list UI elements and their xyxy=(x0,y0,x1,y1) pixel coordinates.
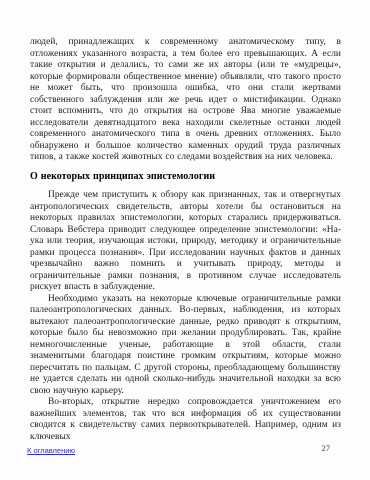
paragraph: Необходимо указать на некоторые ключевые… xyxy=(30,294,341,398)
section-heading: О некоторых принципах эпистемологии xyxy=(30,171,341,183)
table-of-contents-link[interactable]: К оглавлению xyxy=(27,446,75,455)
paragraph: Во-вторых, открытие нередко сопровождает… xyxy=(30,397,341,443)
paragraph: людей, принадлежащих к современному анат… xyxy=(30,37,341,164)
document-page: людей, принадлежащих к современному анат… xyxy=(0,0,370,480)
page-text-block: людей, принадлежащих к современному анат… xyxy=(30,37,341,443)
paragraph: Прежде чем приступить к обзору как призн… xyxy=(30,190,341,294)
page-number: 27 xyxy=(322,443,331,453)
